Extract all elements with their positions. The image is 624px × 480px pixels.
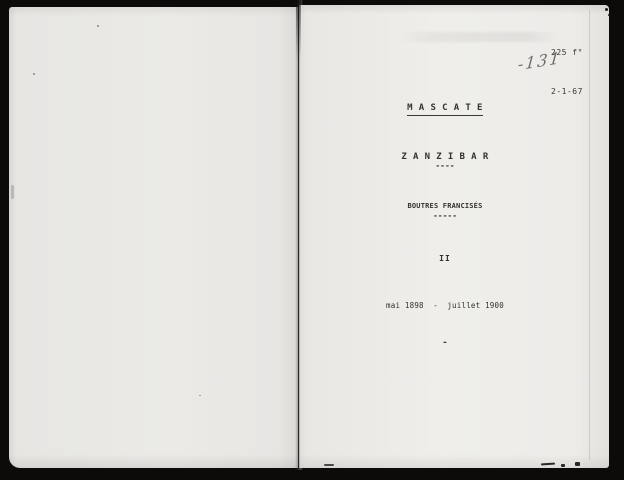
volume-numeral: II	[299, 254, 591, 263]
date-range: mai 1898 - juillet 1900	[299, 301, 591, 310]
gutter-top-shadow	[296, 0, 301, 60]
bottom-edge-smudge	[541, 463, 555, 466]
left-blank-page	[9, 7, 298, 468]
subtitle-boutres-francises: BOUTRES FRANCISÉS	[299, 202, 591, 210]
book-gutter	[295, 0, 303, 470]
title-mascate: M A S C A T E	[299, 103, 591, 116]
stamp-line-2: 2-1-67	[551, 85, 583, 98]
bottom-edge-smudge	[561, 464, 565, 467]
title-mascate-text: M A S C A T E	[407, 103, 483, 116]
rule-under-zanzibar: ----	[299, 161, 591, 170]
dust-speck	[33, 73, 35, 75]
ink-bleed-ghost	[399, 32, 559, 42]
bottom-edge-smudge	[324, 464, 334, 466]
corner-mark	[605, 8, 608, 11]
edge-mark	[11, 185, 14, 199]
right-title-page: 225 f° 2-1-67 -131 M A S C A T E Z A N Z…	[299, 5, 609, 468]
closing-dash: -	[299, 338, 591, 348]
underlying-page-edge	[589, 10, 590, 460]
dust-speck	[199, 395, 201, 396]
dust-speck	[97, 25, 99, 27]
corner-mark	[608, 14, 610, 16]
bottom-edge-smudge	[575, 462, 580, 466]
scanned-book-spread: 225 f° 2-1-67 -131 M A S C A T E Z A N Z…	[0, 0, 624, 480]
rule-under-subtitle: -----	[299, 211, 591, 220]
